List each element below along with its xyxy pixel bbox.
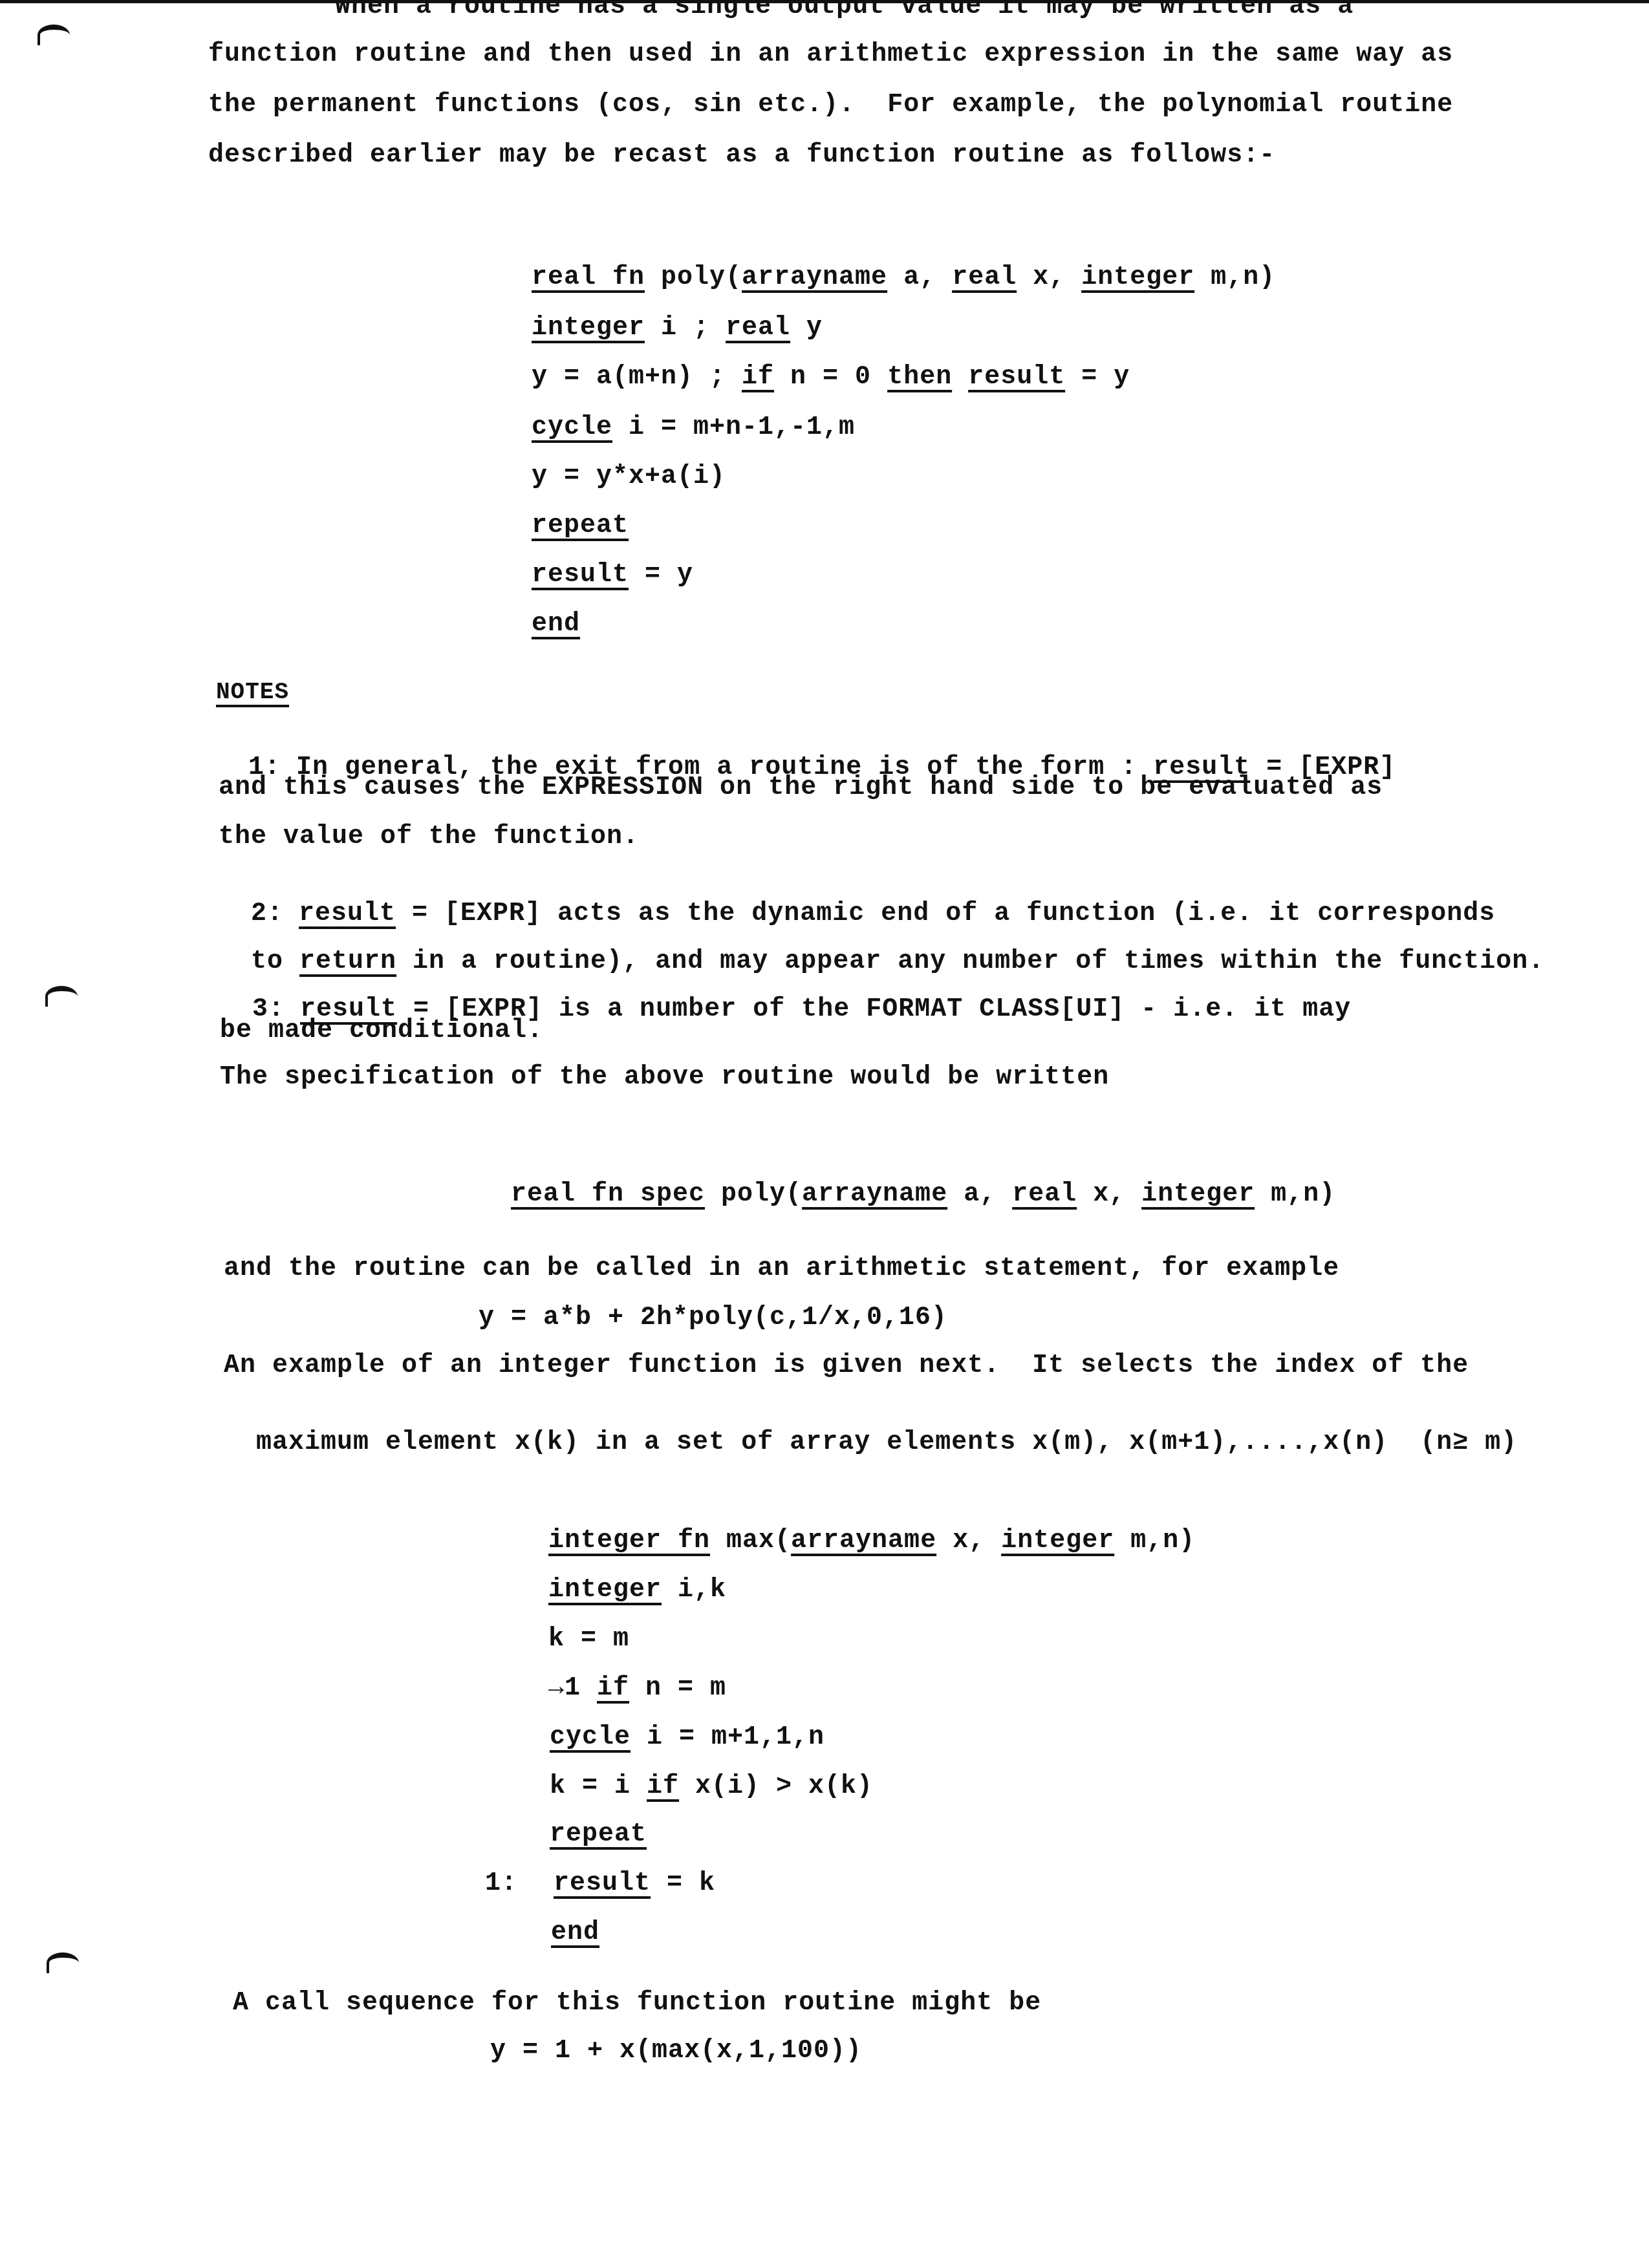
note-1-cont: the value of the function. [219, 822, 639, 851]
call-sequence-expression: y = 1 + x(max(x,1,100)) [490, 2037, 862, 2066]
note-3: 3:result = [EXPR] is a number of the FOR… [220, 966, 1351, 1024]
keyword: result [968, 363, 1065, 392]
margin-punch-mark [47, 1952, 79, 1973]
code-line: end [486, 1889, 599, 1976]
keyword: end [551, 1918, 599, 1947]
keyword: real [952, 263, 1017, 292]
keyword: integer [1001, 1526, 1114, 1556]
keyword: arrayname [791, 1526, 936, 1556]
intro-line: When a routine has a single output value… [335, 0, 1353, 21]
keyword: then [887, 363, 952, 392]
call-sequence-intro: A call sequence for this function routin… [233, 1989, 1041, 2018]
integer-fn-intro: maximum element x(k) in a set of array e… [224, 1399, 1517, 1457]
spec-intro: The specification of the above routine w… [220, 1063, 1109, 1092]
note-3-cont: be made conditional. [220, 1016, 543, 1045]
margin-punch-mark [38, 25, 70, 45]
intro-line: the permanent functions (cos, sin etc.).… [208, 91, 1453, 120]
intro-line: described earlier may be recast as a fun… [208, 141, 1275, 170]
note-1-cont: and this causes the EXPRESSION on the ri… [219, 773, 1383, 802]
integer-fn-intro: An example of an integer function is giv… [224, 1351, 1469, 1380]
keyword: integer [1141, 1180, 1255, 1209]
keyword: real fn spec [511, 1180, 705, 1209]
call-intro: and the routine can be called in an arit… [224, 1254, 1339, 1283]
intro-line: function routine and then used in an ari… [208, 40, 1453, 69]
keyword: real [1012, 1180, 1077, 1209]
notes-heading: NOTES [216, 679, 289, 705]
keyword: arrayname [802, 1180, 947, 1209]
spec-line: real fn spec poly(arrayname a, real x, i… [479, 1151, 1335, 1209]
call-expression: y = a*b + 2h*poly(c,1/x,0,16) [479, 1303, 947, 1332]
code-line: end [467, 581, 580, 668]
keyword: if [647, 1772, 679, 1801]
keyword: end [532, 610, 580, 639]
margin-punch-mark [45, 986, 78, 1007]
keyword: integer [1081, 263, 1194, 292]
